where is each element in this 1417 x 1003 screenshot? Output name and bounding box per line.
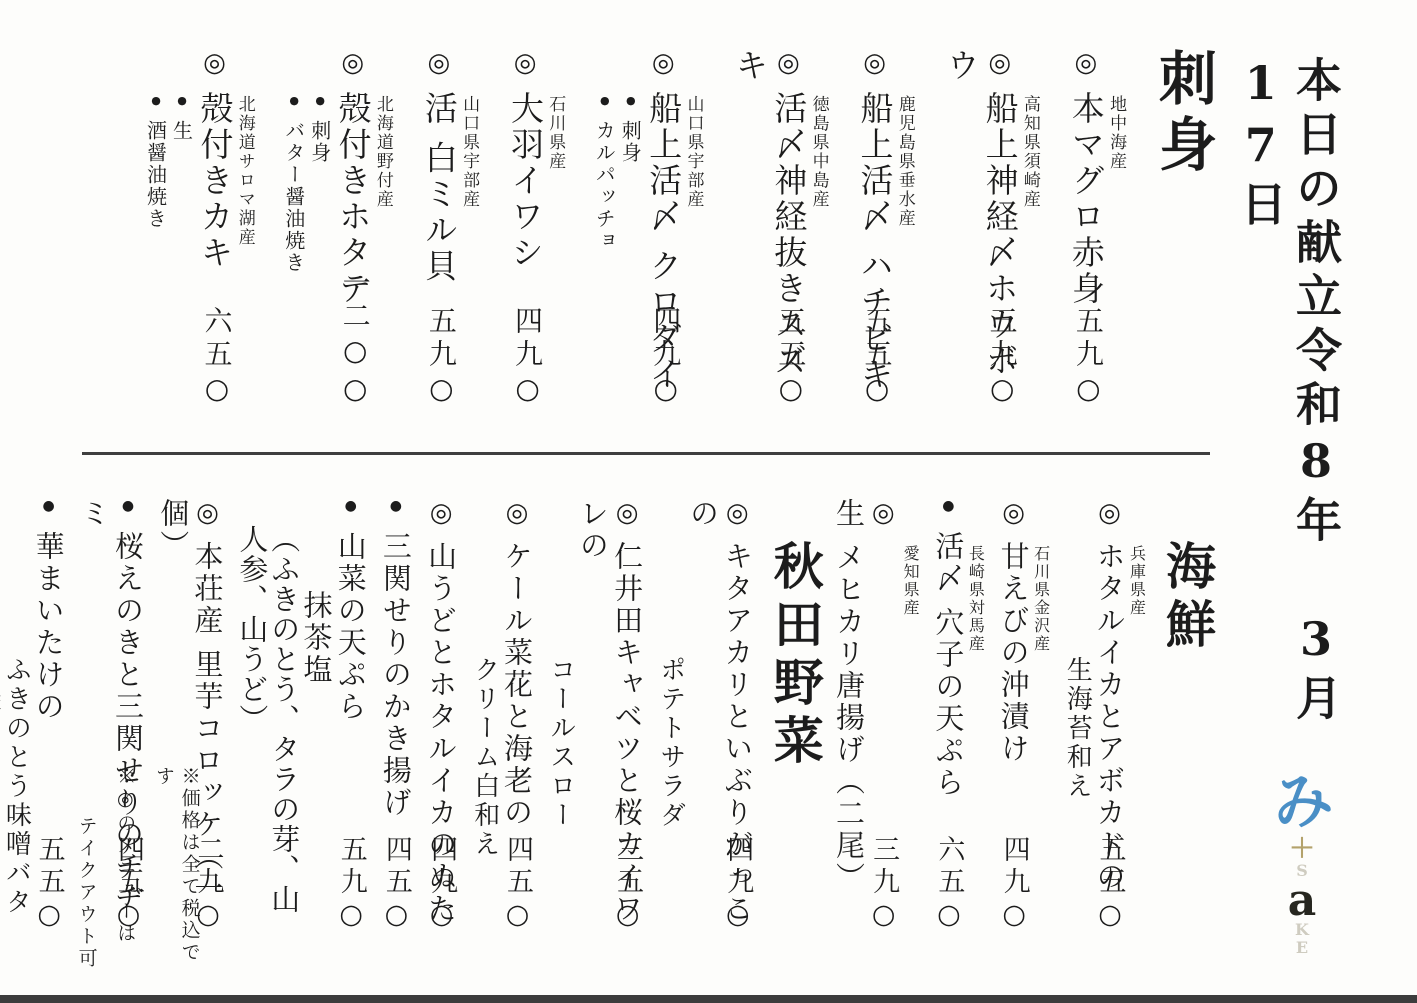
menu-item: 北海道野付産◎殻付きホタテ一二○○●刺身●バター醤油焼き xyxy=(281,48,393,410)
item-subnote-text: バター醤油焼き xyxy=(282,120,306,274)
item-price: 一二○○ xyxy=(339,268,370,410)
bottom-bar xyxy=(0,995,1417,1003)
restaurant-logo: み ＋ SaKE xyxy=(1265,772,1339,957)
footnote-line: ※価格は全て税込です xyxy=(150,766,201,976)
logo-letter: a xyxy=(1288,880,1317,922)
item-main: ◎活〆神経抜きスズキ五五○ xyxy=(729,48,807,410)
item-subnote-text: 生 xyxy=(170,120,194,142)
menu-item: 徳島県中島産◎活〆神経抜きスズキ五五○ xyxy=(729,48,828,410)
item-price: 四九○ xyxy=(999,835,1029,935)
item-mark: ◎ xyxy=(510,48,540,81)
item-price: 六五○ xyxy=(201,306,232,410)
item-name-line: クリーム白和え xyxy=(469,498,500,935)
item-subnote: ●カルパッチョ xyxy=(591,48,617,410)
item-main: ●華まいたけのふきのとう味噌バター焼き五五○ xyxy=(0,498,66,935)
item-price: 四五○ xyxy=(502,835,532,935)
item-subnote-text: カルパッチョ xyxy=(592,120,616,252)
item-main: ◎キタアカリといぶりがっこのポテトサラダ四九○ xyxy=(655,498,754,935)
item-origin: 山口県宇部産 xyxy=(682,48,703,410)
item-main: ●山菜の天ぷら抹茶塩（ふきのとう、タラの芽、山人参、山うど）五九○ xyxy=(235,498,367,935)
item-price: 五九○ xyxy=(336,835,366,935)
logo-plus-icon: ＋ xyxy=(1289,836,1315,862)
item-main: ◎本マグロ赤身五九○ xyxy=(1066,48,1105,410)
bullet-dot-icon: ● xyxy=(176,94,189,109)
item-origin: 地中海産 xyxy=(1105,48,1126,410)
item-name: 大羽イワシ xyxy=(506,91,545,271)
item-price: 五五○ xyxy=(1095,835,1125,935)
item-main: ◎船上神経〆ホウボウ五九○ xyxy=(941,48,1019,410)
item-name: 華まいたけの xyxy=(32,531,66,723)
item-main: ◎船上活〆 ハチビキ五五○ xyxy=(855,48,894,410)
item-subnote-text: 酒醤油焼き xyxy=(144,120,168,230)
footnote-line: ※◎のメニューは xyxy=(112,766,138,976)
menu-item: ◎キタアカリといぶりがっこのポテトサラダ四九○ xyxy=(655,498,754,935)
item-main: ◎ケール菜花と海老のクリーム白和え四五○ xyxy=(469,498,534,935)
bullet-dot-icon: ● xyxy=(150,94,163,109)
item-subnote: ●刺身 xyxy=(307,48,333,410)
item-subnote: ●刺身 xyxy=(617,48,643,410)
item-mark: ◎ xyxy=(192,498,222,531)
menu-item: ◎ケール菜花と海老のクリーム白和え四五○ xyxy=(469,498,534,935)
item-name: 活 白ミル貝 xyxy=(420,91,459,285)
item-price: 五五○ xyxy=(775,306,806,410)
item-main: ◎仁井田キャベツと桜カイワレのコールスロー三五○ xyxy=(545,498,644,935)
bullet-dot-icon: ● xyxy=(314,94,327,109)
item-origin: 長崎県対馬産 xyxy=(965,498,985,935)
item-price: 三五○ xyxy=(612,835,642,935)
section-header: 刺身 xyxy=(1152,48,1213,410)
item-origin: 北海道サロマ湖産 xyxy=(233,48,254,410)
item-mark: ◎ xyxy=(773,48,803,81)
item-name: 本マグロ赤身 xyxy=(1067,91,1106,307)
item-name: 生 メヒカリ唐揚げ（二尾） xyxy=(832,498,866,894)
item-origin: 石川県金沢産 xyxy=(1031,498,1051,935)
menu-item: 山口県宇部産◎活 白ミル貝五九○ xyxy=(419,48,479,410)
section-header: 秋田野菜 xyxy=(768,498,821,935)
item-mark: ◎ xyxy=(868,498,898,531)
item-subnote: ●バター醤油焼き xyxy=(281,48,307,410)
item-name: 甘えびの沖漬け xyxy=(997,541,1031,765)
menu-item: ◎山うどとホタルイカのぬた四九○ xyxy=(424,498,458,935)
item-mark: ◎ xyxy=(1071,48,1101,81)
item-main: ●活〆 穴子の天ぷら六五○ xyxy=(931,498,965,935)
menu-item: 長崎県対馬産●活〆 穴子の天ぷら六五○ xyxy=(931,498,985,935)
item-mark: ◎ xyxy=(338,48,368,81)
item-mark: ● xyxy=(388,498,404,517)
item-main: ◎大羽イワシ四九○ xyxy=(505,48,544,410)
item-main: ◎山うどとホタルイカのぬた四九○ xyxy=(424,498,458,935)
item-name-line: 抹茶塩 xyxy=(299,498,333,935)
item-mark: ◎ xyxy=(424,48,454,81)
menu-item: ●山菜の天ぷら抹茶塩（ふきのとう、タラの芽、山人参、山うど）五九○ xyxy=(235,498,367,935)
item-name: 山菜の天ぷら xyxy=(334,531,368,723)
menu-item: 石川県産◎大羽イワシ四九○ xyxy=(505,48,565,410)
item-name-line: コールスロー xyxy=(545,498,576,935)
section-band-sashimi: 刺身地中海産◎本マグロ赤身五九○高知県須崎産◎船上神経〆ホウボウ五九○鹿児島県垂… xyxy=(118,48,1221,410)
item-mark: ◎ xyxy=(1095,498,1125,531)
menu-item: 北海道サロマ湖産◎殻付きカキ六五○●生●酒醤油焼き xyxy=(143,48,255,410)
item-origin: 北海道野付産 xyxy=(372,48,393,410)
item-main: ◎殻付きカキ六五○ xyxy=(195,48,234,410)
item-mark: ● xyxy=(343,498,359,517)
item-origin: 愛知県産 xyxy=(900,498,920,935)
logo-letter: E xyxy=(1296,939,1308,957)
item-price: 五九○ xyxy=(986,306,1017,410)
item-subnote: ●酒醤油焼き xyxy=(143,48,169,410)
item-subnote-text: 刺身 xyxy=(618,120,642,164)
item-mark: ● xyxy=(41,498,57,517)
footnote-line: テイクアウト可 xyxy=(73,766,99,976)
logo-letters: SaKE xyxy=(1288,862,1317,957)
item-main: ◎ホタルイカとアボカドの生海苔和え五五○ xyxy=(1062,498,1127,935)
menu-item: 兵庫県産◎ホタルイカとアボカドの生海苔和え五五○ xyxy=(1062,498,1147,935)
menu-title: 本日の献立令和8年 3月17日 xyxy=(1233,56,1343,756)
item-mark: ◎ xyxy=(612,498,642,531)
bullet-dot-icon: ● xyxy=(288,94,301,109)
item-mark: ● xyxy=(120,498,136,517)
item-origin: 高知県須崎産 xyxy=(1019,48,1040,410)
item-name: 活〆 穴子の天ぷら xyxy=(931,531,965,799)
item-name-line: ポテトサラダ xyxy=(655,498,686,935)
item-name-line: ふきのとう味噌バター焼き xyxy=(0,498,31,935)
item-name-line: （ふきのとう、タラの芽、山人参、山うど） xyxy=(235,498,299,935)
menu-item: 愛知県産◎生 メヒカリ唐揚げ（二尾）三九○ xyxy=(832,498,920,935)
item-main: ◎活 白ミル貝五九○ xyxy=(419,48,458,410)
item-mark: ◎ xyxy=(860,48,890,81)
item-subnote-text: 刺身 xyxy=(308,120,332,164)
item-origin: 石川県産 xyxy=(544,48,565,410)
section-header: 海鮮 xyxy=(1161,498,1214,935)
item-name: ケール菜花と海老の xyxy=(500,541,534,829)
item-price: 三九○ xyxy=(868,835,898,935)
bullet-dot-icon: ● xyxy=(598,94,611,109)
section-band-seafood-vegetables: 海鮮兵庫県産◎ホタルイカとアボカドの生海苔和え五五○石川県金沢産◎甘えびの沖漬け… xyxy=(118,498,1221,935)
logo-mi-glyph: み xyxy=(1267,767,1337,837)
item-mark: ● xyxy=(940,498,956,517)
item-origin: 兵庫県産 xyxy=(1127,498,1147,935)
item-mark: ◎ xyxy=(648,48,678,81)
item-mark: ◎ xyxy=(999,498,1029,531)
bullet-dot-icon: ● xyxy=(624,94,637,109)
item-name: 殻付きカキ xyxy=(195,91,234,271)
item-origin: 鹿児島県垂水産 xyxy=(894,48,915,410)
item-price: 四五○ xyxy=(381,835,411,935)
item-mark: ◎ xyxy=(426,498,456,531)
item-price: 五九○ xyxy=(1072,306,1103,410)
item-mark: ◎ xyxy=(199,48,229,81)
menu-item: 地中海産◎本マグロ赤身五九○ xyxy=(1066,48,1126,410)
logo-letter: K xyxy=(1295,921,1309,939)
item-name-line: 生海苔和え xyxy=(1062,498,1093,935)
item-price: 四九○ xyxy=(511,306,542,410)
item-price: 四九○ xyxy=(723,835,753,935)
menu-item: 高知県須崎産◎船上神経〆ホウボウ五九○ xyxy=(941,48,1040,410)
item-origin: 山口県宇部産 xyxy=(458,48,479,410)
item-main: ●三関せりのかき揚げ四五○ xyxy=(379,498,413,935)
menu-title-text: 本日の献立 xyxy=(1289,56,1343,326)
item-main: ◎船上活〆 クロダイ四九○ xyxy=(643,48,682,410)
item-main: ◎殻付きホタテ一二○○ xyxy=(333,48,372,410)
item-price: 六五○ xyxy=(934,835,964,935)
item-main: ◎生 メヒカリ唐揚げ（二尾）三九○ xyxy=(832,498,900,935)
menu-item: ●三関せりのかき揚げ四五○ xyxy=(379,498,413,935)
menu-item: ●華まいたけのふきのとう味噌バター焼き五五○ xyxy=(0,498,66,935)
menu-item: ◎仁井田キャベツと桜カイワレのコールスロー三五○ xyxy=(545,498,644,935)
item-mark: ◎ xyxy=(985,48,1015,81)
menu-item: 山口県宇部産◎船上活〆 クロダイ四九○●刺身●カルパッチョ xyxy=(591,48,703,410)
item-name: 三関せりのかき揚げ xyxy=(379,531,413,819)
item-price: 四九○ xyxy=(649,306,680,410)
item-mark: ◎ xyxy=(722,498,752,531)
item-origin: 徳島県中島産 xyxy=(807,48,828,410)
item-subnote: ●生 xyxy=(169,48,195,410)
item-main: ◎甘えびの沖漬け四九○ xyxy=(996,498,1030,935)
menu-item: 石川県金沢産◎甘えびの沖漬け四九○ xyxy=(996,498,1050,935)
item-mark: ◎ xyxy=(502,498,532,531)
item-price: 四九○ xyxy=(426,835,456,935)
item-price: 五九○ xyxy=(425,306,456,410)
footnotes: ※価格は全て税込です※◎のメニューはテイクアウト可 xyxy=(60,766,202,976)
item-price: 五五○ xyxy=(861,306,892,410)
section-divider xyxy=(82,452,1210,455)
menu-item: 鹿児島県垂水産◎船上活〆 ハチビキ五五○ xyxy=(855,48,915,410)
